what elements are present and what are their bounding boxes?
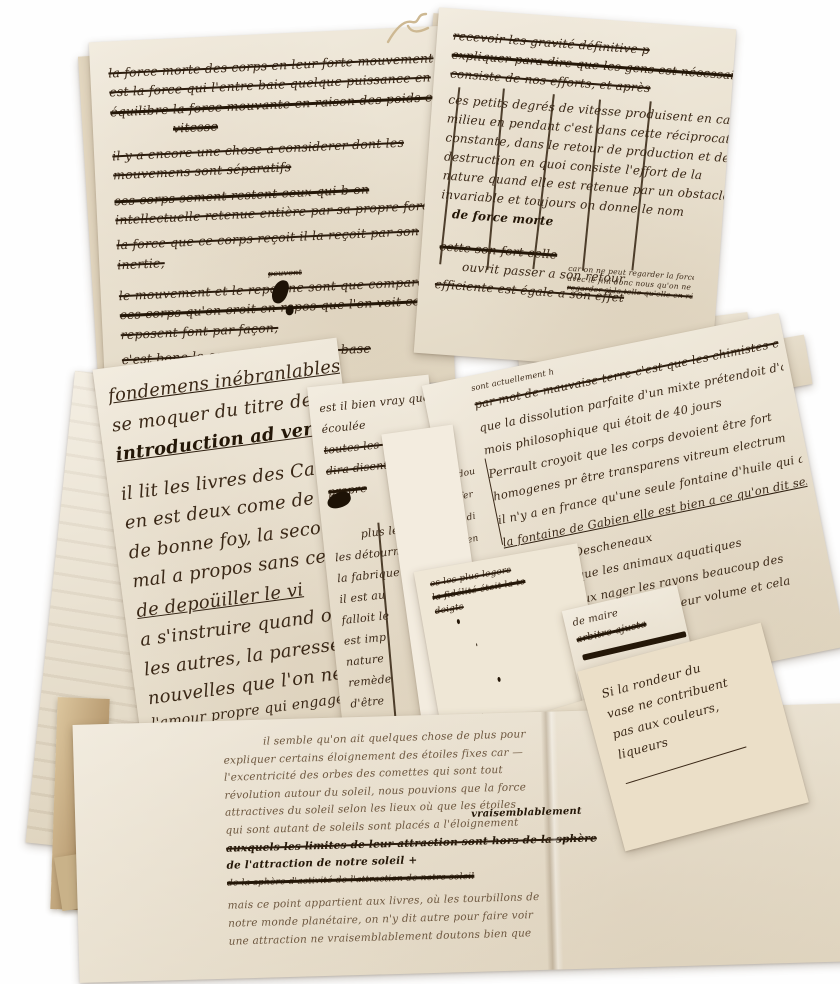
- insert-word: vraisemblablement: [471, 803, 582, 824]
- notebook-right-page: recevoir les gravité définitive p expliq…: [414, 8, 737, 375]
- manuscript-photo: sont actuellement h est pleine est reten…: [0, 0, 840, 984]
- notebook-left-page: la force morte des corps en leur forte m…: [89, 26, 455, 398]
- ink-specks: [456, 619, 460, 624]
- binding-thread: [382, 8, 434, 52]
